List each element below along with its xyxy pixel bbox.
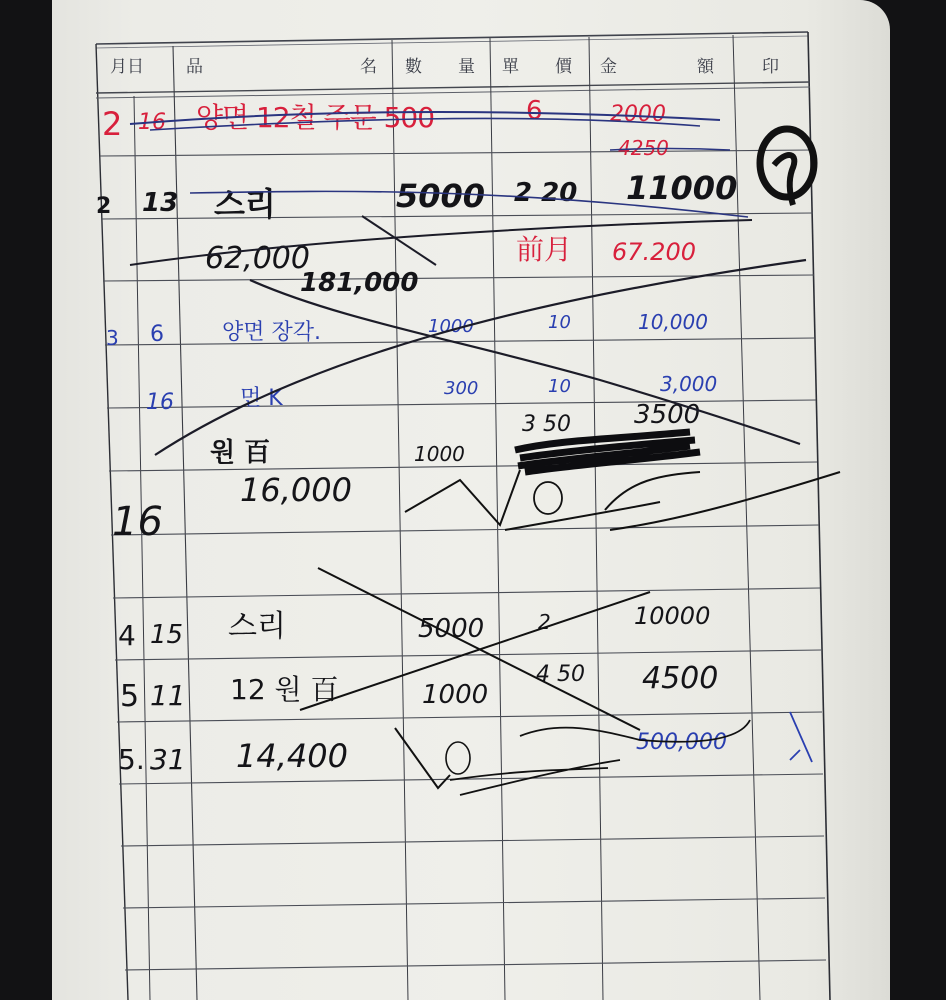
row10-month: 5. (118, 746, 145, 774)
row1-amount: 2000 (610, 104, 666, 126)
row10-item: 14,400 (236, 740, 348, 772)
row4-unit-price: 10 (548, 314, 571, 332)
row8-amount: 10000 (634, 604, 710, 628)
row4-month: 3 (106, 328, 119, 348)
header-amount-b: 額 (697, 52, 714, 77)
row9-amount: 4500 (642, 664, 718, 694)
row6-qty: 1000 (414, 444, 465, 464)
row9-item: 12 원 百 (230, 676, 338, 704)
header-price-a: 單 (502, 52, 519, 77)
header-item-left: 品 (186, 52, 203, 77)
row3-total: 181,000 (300, 270, 418, 296)
row3-subtotal-label: 前月 (516, 236, 572, 264)
header-qty-b: 量 (458, 52, 475, 77)
row9-unit-price: 4 50 (536, 664, 585, 686)
row1-item: 양면 12철 주문 500 (196, 104, 434, 132)
row7-day: 16 (112, 502, 163, 542)
ledger-form: 月日 品 名 數 量 單 價 金 額 印 2 16 양면 12철 주문 500 … (0, 0, 946, 1000)
row8-qty: 5000 (418, 616, 484, 642)
row4-amount: 10,000 (638, 312, 708, 332)
row9-month: 5 (120, 682, 139, 712)
row1-unit-price: 6 (526, 98, 543, 124)
header-item-right: 名 (360, 52, 377, 77)
row1-day: 16 (138, 112, 166, 134)
row6-amount: 3500 (634, 402, 700, 428)
row2-month: 2 (96, 196, 111, 218)
row7-item: 16,000 (240, 474, 352, 506)
row2-item: 스리 (214, 188, 276, 220)
header-qty-a: 數 (405, 52, 422, 77)
header-seal: 印 (762, 52, 779, 77)
row9-day: 11 (150, 682, 186, 710)
row8-item: 스리 (228, 612, 286, 642)
row3-subtotal-value: 67.200 (612, 240, 696, 264)
row8-unit-price: 2 (538, 612, 551, 632)
row2-unit-price: 2 20 (514, 180, 577, 206)
row10-amount: 500,000 (636, 732, 727, 754)
row5-unit-price: 10 (548, 378, 571, 396)
row4-item: 양면 장각. (222, 322, 321, 344)
row5-amount: 3,000 (660, 374, 717, 394)
row2-day: 13 (142, 190, 178, 216)
row10-day: 31 (150, 746, 186, 774)
header-amount-a: 金 (600, 52, 617, 77)
row3-carried: 62,000 (205, 244, 310, 274)
row4-qty: 1000 (428, 318, 474, 336)
row5-day: 16 (146, 392, 174, 414)
row9-qty: 1000 (422, 682, 488, 708)
row5-qty: 300 (444, 380, 478, 398)
row4-day: 6 (150, 324, 164, 346)
header-price-b: 價 (555, 52, 572, 77)
row1-month: 2 (102, 108, 122, 140)
row8-day: 15 (150, 622, 183, 648)
row6-unit-price: 3 50 (522, 414, 571, 436)
header-date: 月日 (110, 52, 144, 77)
row6-item: 원 百 (210, 440, 270, 466)
row2-qty: 5000 (396, 180, 485, 212)
row1-amount-2: 4250 (618, 138, 669, 158)
row5-item: 먼 K (240, 388, 283, 410)
row2-amount: 11000 (626, 172, 737, 204)
row8-month: 4 (118, 622, 136, 650)
